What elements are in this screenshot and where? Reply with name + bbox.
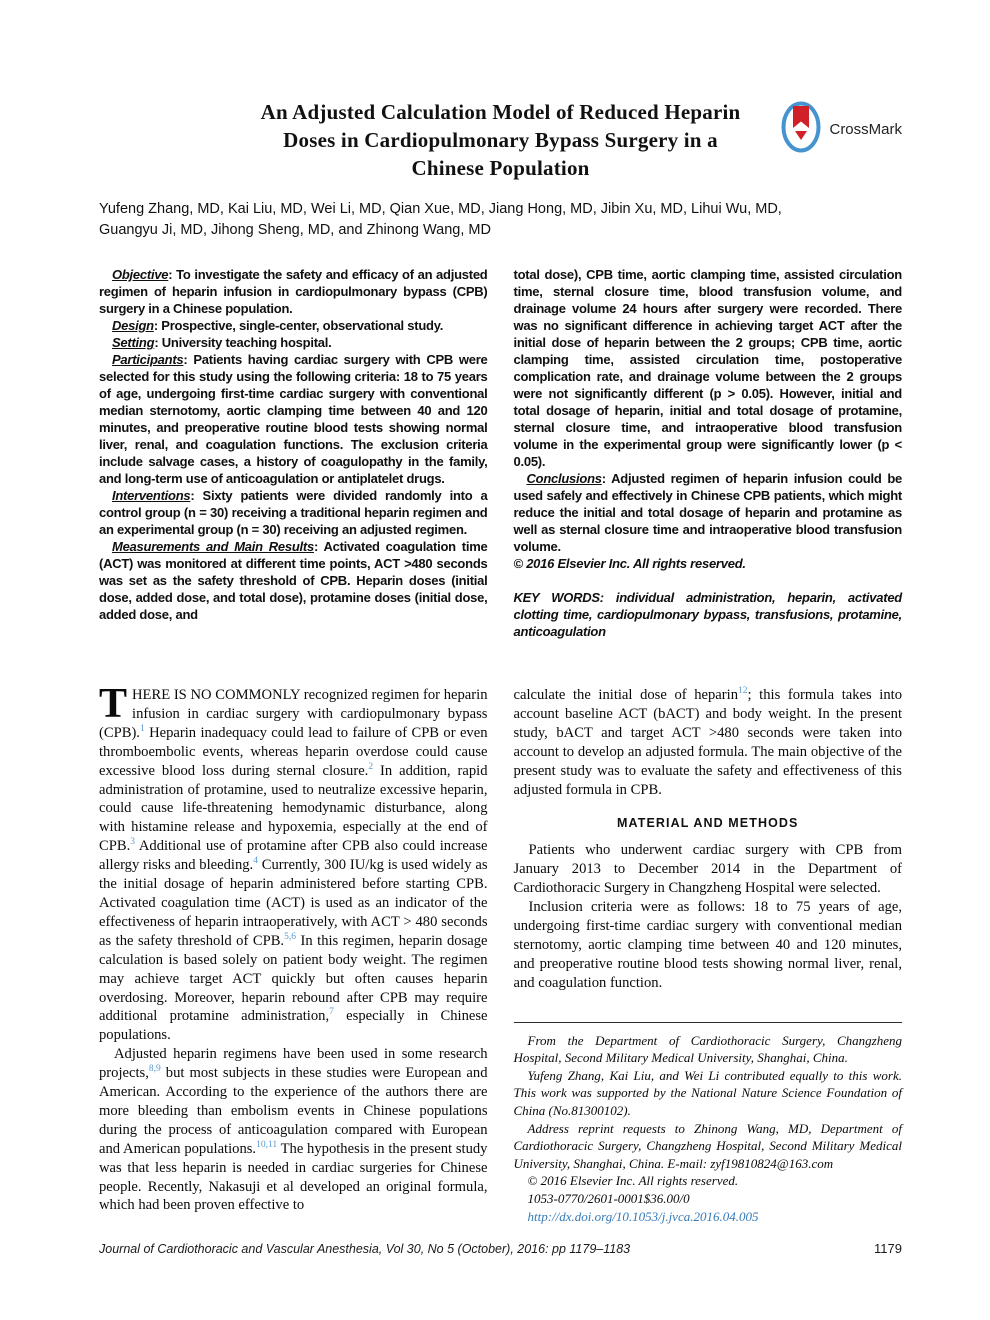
abstract-label-participants: Participants xyxy=(112,352,183,367)
abstract-right-column: total dose), CPB time, aortic clamping t… xyxy=(514,266,903,640)
crossmark-label: CrossMark xyxy=(829,121,902,138)
keywords-label: KEY WORDS xyxy=(514,590,600,605)
abstract-left-column: Objective: To investigate the safety and… xyxy=(99,266,488,640)
abstract-paragraph-objective: Objective: To investigate the safety and… xyxy=(99,266,488,317)
reference-superscript[interactable]: 12 xyxy=(738,686,748,696)
footnote-affiliation: From the Department of Cardiothoracic Su… xyxy=(514,1032,903,1067)
journal-citation: Journal of Cardiothoracic and Vascular A… xyxy=(99,1242,630,1256)
intro-paragraph-2: Adjusted heparin regimens have been used… xyxy=(99,1045,488,1215)
dropcap: T xyxy=(99,686,132,721)
abstract-paragraph-measurements: Measurements and Main Results: Activated… xyxy=(99,538,488,623)
abstract-label-objective: Objective xyxy=(112,267,168,282)
keywords-paragraph: KEY WORDS: individual administration, he… xyxy=(514,589,903,640)
author-list: Yufeng Zhang, MD, Kai Liu, MD, Wei Li, M… xyxy=(99,199,902,241)
reference-superscript[interactable]: 2 xyxy=(368,762,373,772)
abstract-paragraph-design: Design: Prospective, single-center, obse… xyxy=(99,317,488,334)
methods-paragraph-1: Patients who underwent cardiac surgery w… xyxy=(514,841,903,898)
crossmark-badge[interactable]: CrossMark xyxy=(780,100,902,159)
intro-paragraph-1-text: HERE IS NO COMMONLY recognized regimen f… xyxy=(99,687,488,1043)
reference-superscript[interactable]: 4 xyxy=(253,856,258,866)
abstract-label-design: Design xyxy=(112,318,154,333)
footnote-issn: 1053-0770/2601-0001$36.00/0 xyxy=(514,1190,903,1208)
abstract-text-design: : Prospective, single-center, observatio… xyxy=(154,318,443,333)
abstract-text-participants: : Patients having cardiac surgery with C… xyxy=(99,352,488,486)
body-section: THERE IS NO COMMONLY recognized regimen … xyxy=(99,686,902,1225)
abstract-label-measurements: Measurements and Main Results xyxy=(112,539,314,554)
intro-paragraph-1: THERE IS NO COMMONLY recognized regimen … xyxy=(99,686,488,1045)
abstract-section: Objective: To investigate the safety and… xyxy=(99,266,902,640)
authors-line-2: Guangyu Ji, MD, Jihong Sheng, MD, and Zh… xyxy=(99,220,902,241)
intro-paragraph-3: calculate the initial dose of heparin12;… xyxy=(514,686,903,799)
abstract-label-conclusions: Conclusions xyxy=(527,471,602,486)
page-number: 1179 xyxy=(874,1241,902,1256)
abstract-paragraph-conclusions: Conclusions: Adjusted regimen of heparin… xyxy=(514,470,903,555)
abstract-continuation: total dose), CPB time, aortic clamping t… xyxy=(514,266,903,470)
footnote-block: From the Department of Cardiothoracic Su… xyxy=(514,1022,903,1226)
reference-superscript[interactable]: 1 xyxy=(140,724,145,734)
reference-superscript[interactable]: 10,11 xyxy=(256,1140,277,1150)
abstract-label-interventions: Interventions xyxy=(112,488,190,503)
body-right-column: calculate the initial dose of heparin12;… xyxy=(514,686,903,1225)
authors-line-1: Yufeng Zhang, MD, Kai Liu, MD, Wei Li, M… xyxy=(99,199,902,220)
abstract-paragraph-interventions: Interventions: Sixty patients were divid… xyxy=(99,487,488,538)
footnote-contribution: Yufeng Zhang, Kai Liu, and Wei Li contri… xyxy=(514,1067,903,1120)
reference-superscript[interactable]: 3 xyxy=(130,837,135,847)
body-left-column: THERE IS NO COMMONLY recognized regimen … xyxy=(99,686,488,1225)
footnote-copyright: © 2016 Elsevier Inc. All rights reserved… xyxy=(514,1172,903,1190)
doi-link[interactable]: http://dx.doi.org/10.1053/j.jvca.2016.04… xyxy=(528,1209,759,1224)
page-footer: Journal of Cardiothoracic and Vascular A… xyxy=(99,1241,902,1256)
abstract-copyright: © 2016 Elsevier Inc. All rights reserved… xyxy=(514,555,903,572)
footnote-reprint-requests: Address reprint requests to Zhinong Wang… xyxy=(514,1120,903,1173)
journal-page: An Adjusted Calculation Model of Reduced… xyxy=(0,0,990,1320)
abstract-paragraph-setting: Setting: University teaching hospital. xyxy=(99,334,488,351)
abstract-paragraph-participants: Participants: Patients having cardiac su… xyxy=(99,351,488,487)
abstract-text-setting: : University teaching hospital. xyxy=(154,335,331,350)
methods-heading: MATERIAL AND METHODS xyxy=(514,816,903,830)
header: An Adjusted Calculation Model of Reduced… xyxy=(99,98,902,182)
reference-superscript[interactable]: 8,9 xyxy=(149,1064,161,1074)
reference-superscript[interactable]: 5,6 xyxy=(284,932,296,942)
methods-paragraph-2: Inclusion criteria were as follows: 18 t… xyxy=(514,898,903,993)
reference-superscript[interactable]: 7 xyxy=(329,1008,334,1018)
crossmark-icon xyxy=(780,100,822,159)
abstract-label-setting: Setting xyxy=(112,335,154,350)
